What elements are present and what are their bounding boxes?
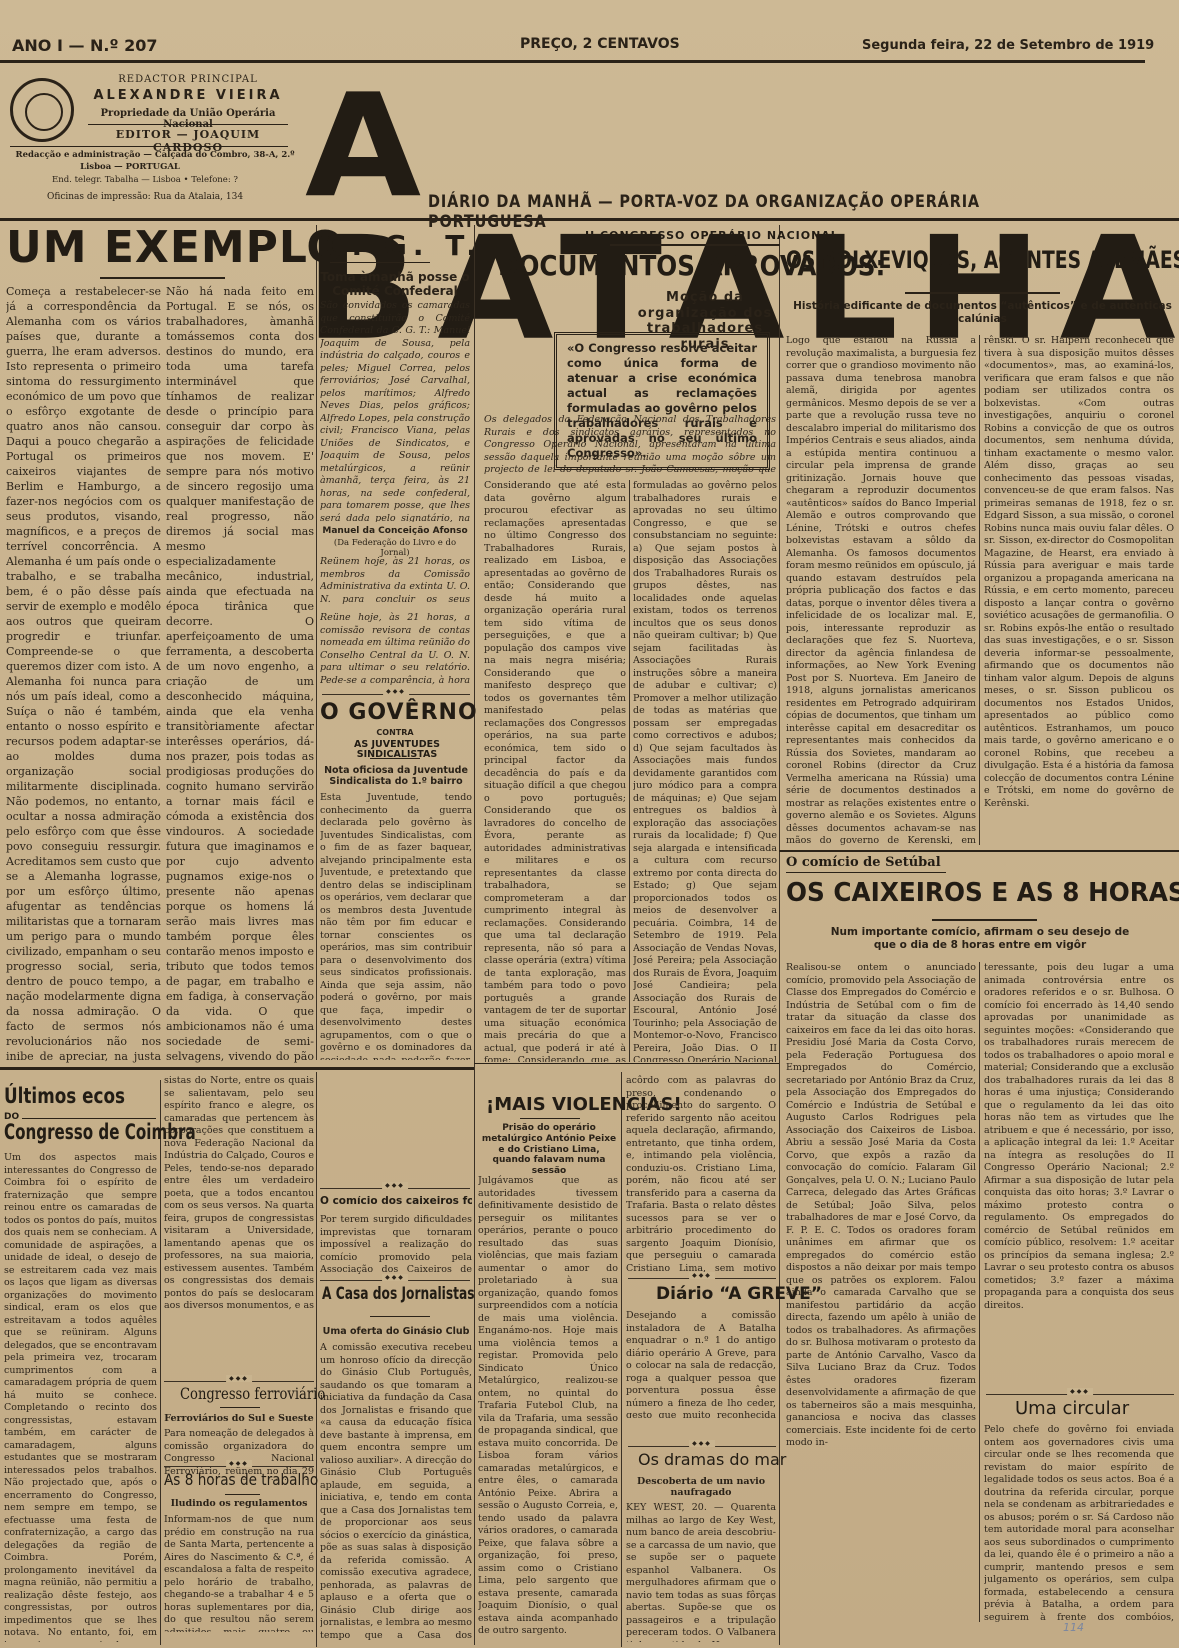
column-rule xyxy=(160,1080,161,1645)
headline-juventudes: AS JUVENTUDES SINDICALISTAS xyxy=(322,740,472,759)
documentos-col2: formuladas ao govêrno pelos trabalhadore… xyxy=(633,480,777,1062)
cgt-signature-org: (Da Federação do Livro e do Jornal) xyxy=(320,538,470,558)
comicio-caixeiros-text: Por terem surgido dificuldades imprevist… xyxy=(320,1214,472,1278)
ornament-divider xyxy=(322,694,470,695)
ornament-divider xyxy=(628,1278,776,1279)
headline-comicio-caixeiros: O comício dos caixeiros foi transferido xyxy=(320,1196,472,1207)
column-rule xyxy=(629,480,630,1062)
headline-bolxeviques: OS BOLXEVIQUES, AGENTES ALEMÃES xyxy=(786,248,1179,272)
column-rule xyxy=(621,1072,622,1647)
casa-jornalistas-subhead: Uma oferta do Ginásio Club xyxy=(320,1326,472,1337)
divider xyxy=(10,146,288,147)
divider xyxy=(22,1118,156,1119)
um-exemplo-col2: Não há nada feito em Portugal. E se nós,… xyxy=(166,284,314,1064)
cgt-text3: Reüne hoje, às 21 horas, a comissão revi… xyxy=(320,612,470,688)
casa-jornalistas-text: A comissão executiva recebeu um honroso … xyxy=(320,1342,472,1642)
divider xyxy=(610,244,780,246)
cgt-text: São convidados os camaradas que constitu… xyxy=(320,300,470,522)
headline-ultimos-ecos: Últimos ecos xyxy=(4,1086,125,1107)
divider xyxy=(520,1118,580,1119)
telegraph: End. telegr. Tabalha — Lisboa • Telefone… xyxy=(10,175,280,185)
section-rule xyxy=(474,1063,779,1064)
oito-horas-subhead: Iludindo os regulamentos xyxy=(164,1498,314,1509)
ornament-divider xyxy=(320,1280,470,1281)
price: PREÇO, 2 CENTAVOS xyxy=(520,36,680,52)
redactor-label: REDACTOR PRINCIPAL xyxy=(88,74,288,85)
cgt-text2: Reünem hoje, às 21 horas, os membros da … xyxy=(320,556,470,606)
setubal-subhead: Num importante comício, afirmam o seu de… xyxy=(830,926,1130,951)
issue-number: ANO I — N.º 207 xyxy=(12,36,158,55)
documentos-col1: Considerando que até esta data govêrno a… xyxy=(484,480,626,1062)
setubal-col1: Realisou-se ontem o anunciado comício, p… xyxy=(786,962,976,1622)
setubal-kicker: O comício de Setúbal xyxy=(786,856,941,869)
printing: Oficinas de impressão: Rua da Atalaia, 1… xyxy=(10,192,280,202)
city: Lisboa — PORTUGAL xyxy=(10,162,250,172)
governo-subhead: Nota oficiosa da Juventude Sindicalista … xyxy=(320,765,472,788)
headline-governo: O GOVÊRNO xyxy=(320,702,478,724)
cgt-signature: Manuel da Conceição Afonso xyxy=(320,526,470,537)
cgt-subhead: Toma àmanhã posse o Comité Confederal xyxy=(320,270,470,299)
divider xyxy=(225,1494,260,1495)
divider xyxy=(786,872,946,873)
newspaper-page: ANO I — N.º 207 PREÇO, 2 CENTAVOS Segund… xyxy=(0,0,1179,1648)
ornament-divider xyxy=(164,1381,314,1382)
ornament-divider xyxy=(628,1446,776,1447)
headline-casa-jornalistas: A Casa dos Jornalistas xyxy=(322,1286,475,1303)
oito-horas-text: Informam-nos de que num prédio em constr… xyxy=(164,1514,314,1632)
column-rule xyxy=(316,225,317,1060)
documentos-intro: Os delegados da Federação Nacional dos T… xyxy=(484,414,776,476)
headline-uma-circular: Uma circular xyxy=(1015,1400,1129,1418)
ornament-divider xyxy=(320,1188,470,1189)
headline-os-caixeiros: OS CAIXEIROS E AS 8 HORAS xyxy=(786,880,1179,906)
dramas-mar-text: KEY WEST, 20. — Quarenta milhas ao largo… xyxy=(626,1502,776,1642)
ornament-divider xyxy=(986,1394,1174,1395)
tagline: DIÁRIO DA MANHÃ — PORTA-VOZ DA ORGANIZAÇ… xyxy=(428,192,1066,232)
governo-contra: CONTRA xyxy=(320,728,470,738)
headline-dramas-mar: Os dramas do mar xyxy=(638,1452,786,1468)
um-exemplo-col1: Começa a restabelecer-se já a correspond… xyxy=(6,284,161,1064)
bolxeviques-col1: Logo que estalou na Rússia a revolução m… xyxy=(786,335,976,845)
redactor-name: ALEXANDRE VIEIRA xyxy=(88,88,288,103)
bolxeviques-col2: rênski. O sr. Halpern reconheceu que tiv… xyxy=(984,335,1174,845)
divider xyxy=(370,758,420,759)
section-rule xyxy=(779,850,1179,852)
divider xyxy=(220,1407,260,1408)
documentos-kicker: II CONGRESSO OPERÁRIO NACIONAL xyxy=(585,230,839,241)
a-greve-text: Desejando a comissão instaladora de A Ba… xyxy=(626,1310,776,1418)
divider xyxy=(370,1316,430,1317)
mais-violencias-subhead: Prisão do operário metalúrgico António P… xyxy=(478,1123,620,1177)
headline-um-exemplo: UM EXEMPLO xyxy=(6,226,345,270)
ownership: Propriedade da União Operária Nacional xyxy=(88,108,288,130)
headline-congresso-ferroviario: Congresso ferroviário xyxy=(180,1386,325,1402)
ornament-divider xyxy=(164,1466,314,1467)
divider xyxy=(905,292,1060,294)
column-rule xyxy=(316,1072,317,1647)
column-rule xyxy=(474,225,475,1645)
divider xyxy=(330,262,430,263)
ultimos-ecos-col1: Um dos aspectos mais interessantes do Co… xyxy=(4,1152,157,1642)
headline-cgt: C. G. T. xyxy=(325,232,483,260)
headline-8-horas-trabalho: As 8 horas de trabalho xyxy=(164,1472,318,1488)
top-rule xyxy=(0,60,1145,63)
divider xyxy=(100,277,225,279)
masthead-rule xyxy=(0,218,1179,221)
column-rule xyxy=(979,962,980,1622)
column-rule xyxy=(779,225,780,1645)
violencias-continuation: acôrdo com as palavras do preso, condena… xyxy=(626,1075,776,1275)
uma-circular-text: Pelo chefe do govêrno foi enviada ontem … xyxy=(984,1424,1174,1624)
mais-violencias-text: Julgávamos que as autoridades tivessem d… xyxy=(478,1175,618,1645)
issue-date: Segunda feira, 22 de Setembro de 1919 xyxy=(862,38,1154,53)
governo-text: Esta Juventude, tendo conhecimento da gu… xyxy=(320,792,472,1060)
column-rule xyxy=(979,335,980,845)
union-seal-icon xyxy=(10,78,74,142)
divider xyxy=(932,919,1037,921)
setubal-col2: teressante, pois deu lugar a uma animada… xyxy=(984,962,1174,1382)
dramas-mar-subhead: Descoberta de um navio naufragado xyxy=(626,1476,776,1499)
divider xyxy=(88,124,288,125)
bolxeviques-subhead: História edificante de documentos “autên… xyxy=(790,300,1175,325)
ferroviario-subhead: Ferroviários do Sul e Sueste xyxy=(164,1413,314,1424)
page-annotation: 114 xyxy=(1063,1621,1084,1634)
section-rule xyxy=(0,1067,474,1070)
address: Redacção e administração — Calçada do Co… xyxy=(10,150,300,160)
ultimos-ecos-col2: sistas do Norte, entre os quais se salie… xyxy=(164,1075,314,1311)
